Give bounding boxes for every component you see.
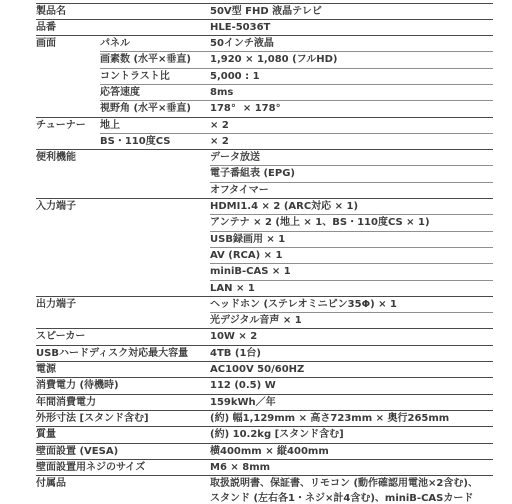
spec-row: 電源AC100V 50/60HZ	[36, 362, 493, 378]
spec-row: 入力端子HDMI1.4 × 2 (ARC対応 × 1)	[36, 199, 493, 215]
spec-value: miniB-CAS × 1	[210, 264, 493, 280]
spec-label: 壁面設置用ネジのサイズ	[36, 459, 210, 475]
spec-value: (約) 幅1,129mm × 高さ723mm × 奥行265mm	[210, 410, 493, 426]
spec-label: 便利機能	[36, 150, 210, 199]
spec-value: × 2	[210, 133, 493, 149]
spec-value: 50インチ液晶	[210, 36, 493, 52]
spec-label: 製品名	[36, 3, 210, 19]
spec-row: BS・110度CS× 2	[36, 133, 493, 149]
spec-table-body: 製品名50V型 FHD 液晶テレビ品番HLE-5036T画面パネル50インチ液晶…	[36, 3, 493, 504]
spec-row: 視野角 (水平×垂直)178° × 178°	[36, 101, 493, 117]
spec-row: 画面パネル50インチ液晶	[36, 36, 493, 52]
spec-label: スピーカー	[36, 329, 210, 345]
spec-sublabel: パネル	[100, 36, 210, 52]
spec-row: 便利機能データ放送	[36, 150, 493, 166]
spec-label: 入力端子	[36, 199, 210, 297]
spec-sublabel: 応答速度	[100, 84, 210, 100]
spec-value: 4TB (1台)	[210, 345, 493, 361]
spec-row: スピーカー10W × 2	[36, 329, 493, 345]
spec-value: HLE-5036T	[210, 19, 493, 35]
spec-value: 50V型 FHD 液晶テレビ	[210, 3, 493, 19]
spec-value: 1,920 × 1,080 (フルHD)	[210, 52, 493, 68]
spec-value: 横400mm × 縦400mm	[210, 443, 493, 459]
spec-row: 年間消費電力159kWh／年	[36, 394, 493, 410]
spec-label: USBハードディスク対応最大容量	[36, 345, 210, 361]
spec-value: 10W × 2	[210, 329, 493, 345]
spec-value: 8ms	[210, 84, 493, 100]
spec-value: HDMI1.4 × 2 (ARC対応 × 1)	[210, 199, 493, 215]
spec-label: 品番	[36, 19, 210, 35]
spec-row: 消費電力 (待機時)112 (0.5) W	[36, 378, 493, 394]
spec-label: 出力端子	[36, 296, 210, 329]
spec-value: × 2	[210, 117, 493, 133]
spec-row: 画素数 (水平×垂直)1,920 × 1,080 (フルHD)	[36, 52, 493, 68]
spec-value: 取扱説明書、保証書、リモコン (動作確認用電池×2含む)、 スタンド (左右各1…	[210, 476, 493, 504]
spec-row: 付属品取扱説明書、保証書、リモコン (動作確認用電池×2含む)、 スタンド (左…	[36, 476, 493, 504]
spec-label: 壁面設置 (VESA)	[36, 443, 210, 459]
spec-value: AC100V 50/60HZ	[210, 362, 493, 378]
spec-row: 品番HLE-5036T	[36, 19, 493, 35]
spec-value: LAN × 1	[210, 280, 493, 296]
spec-value: USB録画用 × 1	[210, 231, 493, 247]
spec-value: M6 × 8mm	[210, 459, 493, 475]
spec-value: アンテナ × 2 (地上 × 1、BS・110度CS × 1)	[210, 215, 493, 231]
spec-value: ヘッドホン (ステレオミニピン35Φ) × 1	[210, 296, 493, 312]
spec-row: 出力端子ヘッドホン (ステレオミニピン35Φ) × 1	[36, 296, 493, 312]
spec-label: 電源	[36, 362, 210, 378]
spec-row: 壁面設置用ネジのサイズM6 × 8mm	[36, 459, 493, 475]
spec-row: 壁面設置 (VESA)横400mm × 縦400mm	[36, 443, 493, 459]
spec-value: (約) 10.2kg [スタンド含む]	[210, 427, 493, 443]
spec-row: 外形寸法 [スタンド含む](約) 幅1,129mm × 高さ723mm × 奥行…	[36, 410, 493, 426]
spec-value: オフタイマー	[210, 182, 493, 198]
spec-label: 付属品	[36, 476, 210, 504]
spec-value: 5,000 : 1	[210, 68, 493, 84]
spec-label: チューナー	[36, 117, 100, 150]
spec-row: チューナー地上× 2	[36, 117, 493, 133]
spec-row: 製品名50V型 FHD 液晶テレビ	[36, 3, 493, 19]
spec-sheet-page: 製品名50V型 FHD 液晶テレビ品番HLE-5036T画面パネル50インチ液晶…	[0, 0, 512, 504]
spec-value: 159kWh／年	[210, 394, 493, 410]
spec-label: 質量	[36, 427, 210, 443]
spec-value: 電子番組表 (EPG)	[210, 166, 493, 182]
spec-label: 画面	[36, 36, 100, 117]
spec-row: 質量(約) 10.2kg [スタンド含む]	[36, 427, 493, 443]
spec-value: AV (RCA) × 1	[210, 247, 493, 263]
spec-label: 年間消費電力	[36, 394, 210, 410]
spec-table: 製品名50V型 FHD 液晶テレビ品番HLE-5036T画面パネル50インチ液晶…	[36, 3, 493, 504]
spec-sublabel: BS・110度CS	[100, 133, 210, 149]
spec-row: コントラスト比5,000 : 1	[36, 68, 493, 84]
spec-value: 178° × 178°	[210, 101, 493, 117]
spec-value: 光デジタル音声 × 1	[210, 313, 493, 329]
spec-sublabel: コントラスト比	[100, 68, 210, 84]
spec-row: 応答速度8ms	[36, 84, 493, 100]
spec-sublabel: 画素数 (水平×垂直)	[100, 52, 210, 68]
spec-sublabel: 視野角 (水平×垂直)	[100, 101, 210, 117]
spec-value: データ放送	[210, 150, 493, 166]
spec-sublabel: 地上	[100, 117, 210, 133]
spec-row: USBハードディスク対応最大容量4TB (1台)	[36, 345, 493, 361]
spec-value: 112 (0.5) W	[210, 378, 493, 394]
spec-label: 外形寸法 [スタンド含む]	[36, 410, 210, 426]
spec-label: 消費電力 (待機時)	[36, 378, 210, 394]
